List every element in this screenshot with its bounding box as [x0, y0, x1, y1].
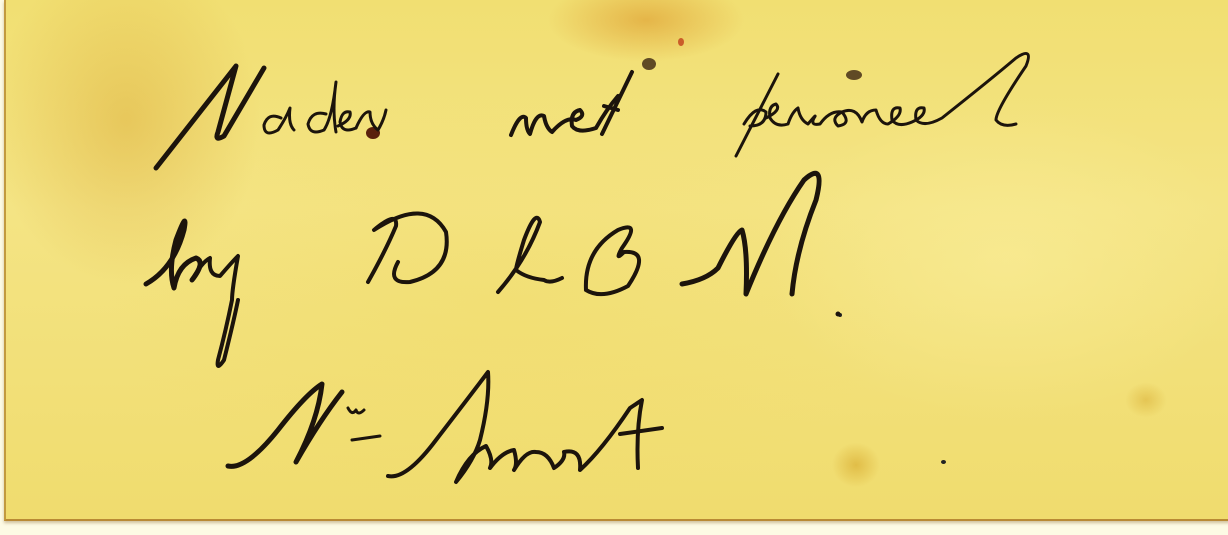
- handwriting-line-1: [156, 54, 1028, 169]
- handwriting: [6, 0, 1228, 519]
- handwriting-line-3: [228, 372, 662, 482]
- aged-card: Nader met personeel by DLBM. Nw Amst: [4, 0, 1228, 521]
- period-dot: [836, 312, 841, 317]
- handwriting-line-2: [146, 173, 841, 366]
